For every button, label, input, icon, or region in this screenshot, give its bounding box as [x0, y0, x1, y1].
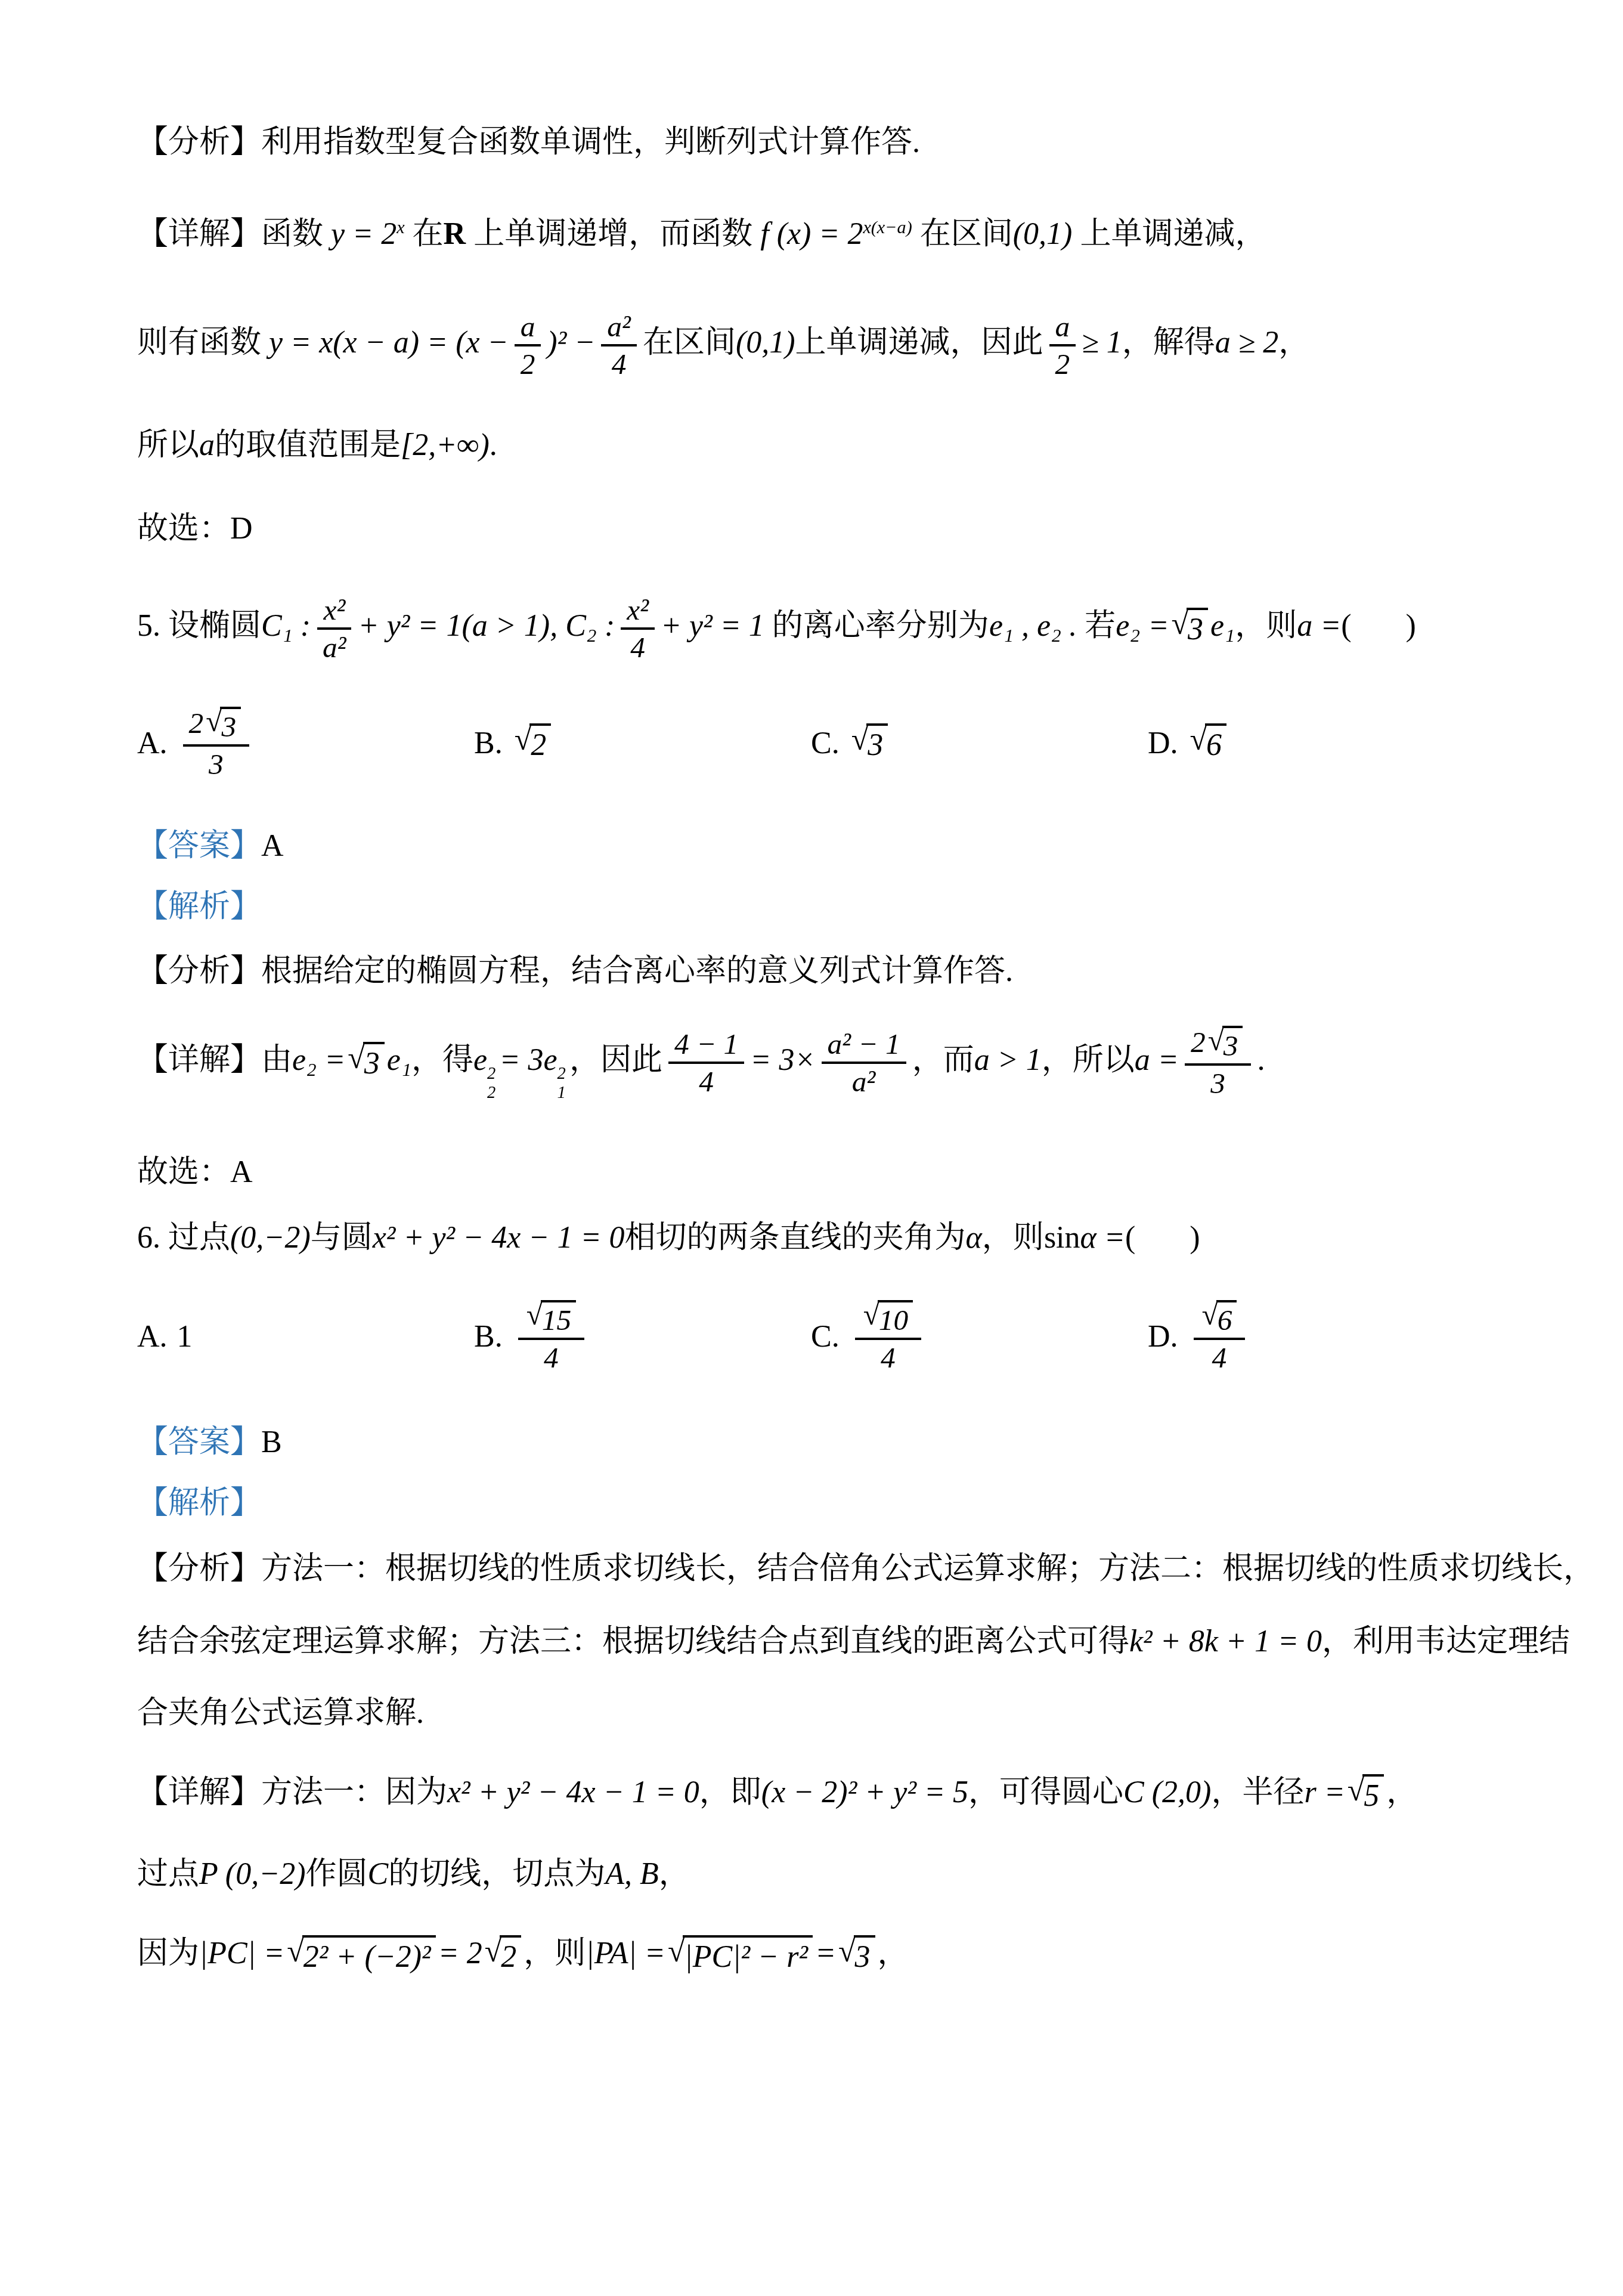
sqrt-sign: √ — [515, 722, 532, 759]
math-run: = 3e — [499, 1043, 557, 1077]
sqrt-radicand: 3 — [854, 1935, 875, 1976]
math-run: + y² = 1(a > 1), C₂ : — [358, 609, 615, 643]
math-run: e₂ = — [292, 1043, 345, 1077]
math-run: |PC| = — [199, 1936, 284, 1970]
denominator: 4 — [1206, 1340, 1233, 1374]
text-run: 在 — [405, 217, 444, 251]
math-run: (0,−2) — [230, 1221, 311, 1255]
detail-label: 【详解】 — [137, 1775, 261, 1809]
function-name: sin — [1044, 1221, 1080, 1255]
q4-range-line: 所以a的取值范围是[2,+∞). — [137, 427, 1509, 464]
text-run: ，得 — [411, 1043, 473, 1077]
q4-detail-line2: 则有函数 y = x(x − a) = (x −a2)² −a²4在区间(0,1… — [137, 310, 1509, 381]
sqrt: √3 — [838, 1935, 875, 1976]
text-run: ， — [659, 1857, 690, 1891]
denominator: 4 — [538, 1340, 565, 1374]
fraction: x²4 — [621, 593, 655, 664]
analysis-label: 【分析】 — [137, 1552, 261, 1586]
sub-sup-stack: 22 — [487, 1065, 495, 1104]
math-run: e₁ — [1210, 609, 1235, 643]
sqrt: √2 — [485, 1935, 522, 1976]
sqrt-radicand: 3 — [220, 707, 241, 743]
q6-analysis-line2: 结合余弦定理运算求解；方法三：根据切线结合点到直线的距离公式可得k² + 8k … — [137, 1623, 1509, 1660]
analysis-text: 方法一：根据切线的性质求切线长，结合倍角公式运算求解；方法二：根据切线的性质求切… — [261, 1552, 1594, 1586]
text-run: ，则 — [1235, 609, 1297, 643]
denominator: 4 — [606, 346, 633, 380]
text-run: ，则 — [524, 1936, 586, 1970]
sqrt: √3 — [1171, 608, 1208, 648]
sqrt: √3 — [1208, 1026, 1243, 1062]
math-run: = 3× — [750, 1043, 815, 1077]
text-run: 相切的两条直线的夹角为 — [625, 1221, 966, 1255]
text-run: ，因此 — [569, 1043, 662, 1077]
coefficient: 2 — [189, 707, 204, 739]
option-d: D.√6 — [1148, 723, 1485, 764]
sqrt: √3 — [206, 707, 241, 743]
text-run: 上单调递增，而函数 — [466, 217, 760, 251]
numerator: 2√3 — [1185, 1026, 1252, 1066]
sqrt: √2² + (−2)² — [287, 1935, 436, 1976]
question-number: 6. — [137, 1221, 160, 1255]
analysis-text: 结合余弦定理运算求解；方法三：根据切线结合点到直线的距离公式可得 — [137, 1624, 1129, 1658]
fraction: 4 − 14 — [668, 1028, 744, 1099]
sqrt-sign: √ — [1171, 606, 1188, 643]
math-run: y = 2 — [331, 217, 397, 251]
q5-pick-line: 故选：A — [137, 1154, 1509, 1191]
text-run: ，所以 — [1042, 1043, 1135, 1077]
option-c: C.√104 — [811, 1300, 1148, 1375]
text-run: 若 — [1077, 609, 1116, 643]
numerator: √10 — [855, 1300, 922, 1340]
math-run: = — [815, 1936, 836, 1970]
math-run: x² + y² − 4x − 1 = 0 — [373, 1221, 625, 1255]
pick-text: 故选：D — [137, 512, 253, 546]
fraction: √104 — [855, 1300, 922, 1375]
sqrt: √2 — [515, 723, 552, 764]
math-run: α — [966, 1221, 982, 1255]
q4-detail-line1: 【详解】函数 y = 2x 在R 上单调递增，而函数 f (x) = 2x(x−… — [137, 216, 1509, 253]
text-run: 的切线，切点为 — [388, 1857, 605, 1891]
math-run: C₁ : — [261, 609, 311, 643]
superscript: 2 — [487, 1065, 495, 1084]
text-run: ，则 — [982, 1221, 1044, 1255]
sqrt-sign: √ — [1208, 1024, 1224, 1057]
sqrt-sign: √ — [838, 1933, 856, 1970]
text-run: 函数 — [261, 217, 331, 251]
sqrt-radicand: 6 — [1205, 723, 1226, 764]
coefficient: 2 — [1191, 1026, 1206, 1059]
numerator: √15 — [518, 1300, 585, 1340]
option-c: C.√3 — [811, 723, 1148, 764]
text-run: ，半径 — [1211, 1775, 1304, 1809]
fraction: 2√33 — [1185, 1026, 1252, 1100]
option-a: A.1 — [137, 1319, 474, 1356]
math-run: a > 1 — [974, 1043, 1042, 1077]
analysis-text: ，利用韦达定理结 — [1322, 1624, 1570, 1658]
math-run: ≥ 1 — [1082, 326, 1122, 360]
numerator: x² — [621, 593, 655, 630]
math-run: )² − — [547, 326, 595, 360]
denominator: 3 — [1204, 1066, 1231, 1100]
numerator: a² − 1 — [822, 1028, 906, 1064]
math-run: C (2,0) — [1123, 1775, 1211, 1809]
text-run: . — [1257, 1043, 1265, 1077]
math-run: (x − 2)² + y² = 5 — [761, 1775, 968, 1809]
text-run: ， — [878, 1936, 909, 1970]
sqrt-sign: √ — [206, 705, 222, 738]
math-run: [2,+∞) — [401, 428, 490, 462]
q5-answer-line: 【答案】A — [137, 828, 1509, 865]
math-run: e₁ — [387, 1043, 411, 1077]
detail-label: 【详解】 — [137, 217, 261, 251]
sqrt-radicand: 2² + (−2)² — [302, 1935, 436, 1976]
text-run: 设椭圆 — [160, 609, 261, 643]
math-run: r = — [1304, 1775, 1345, 1809]
answer-label: 【答案】 — [137, 829, 261, 863]
text-run: ， — [1386, 1775, 1417, 1809]
option-d: D.√64 — [1148, 1300, 1485, 1375]
sqrt-sign: √ — [851, 722, 869, 759]
sqrt: √3 — [348, 1042, 385, 1082]
math-run: (0,1) — [736, 326, 795, 360]
sqrt-radicand: 5 — [1362, 1774, 1384, 1815]
fraction: a2 — [1049, 310, 1076, 381]
analysis-text: 利用指数型复合函数单调性，判断列式计算作答. — [261, 125, 920, 159]
option-letter: A. — [137, 1319, 168, 1356]
sqrt-sign: √ — [1190, 722, 1207, 759]
q6-answer-line: 【答案】B — [137, 1424, 1509, 1461]
answer-letter: B — [261, 1425, 282, 1459]
math-run: |PA| = — [586, 1936, 665, 1970]
text-run: ，而 — [912, 1043, 974, 1077]
sqrt-radicand: 2 — [500, 1935, 521, 1976]
sqrt-radicand: 10 — [878, 1300, 913, 1336]
sqrt: √3 — [851, 723, 888, 764]
option-a: A.2√33 — [137, 707, 474, 781]
sqrt-radicand: 3 — [866, 723, 888, 764]
sqrt: √6 — [1190, 723, 1227, 764]
q4-analysis-line: 【分析】利用指数型复合函数单调性，判断列式计算作答. — [137, 124, 1509, 161]
sqrt-radicand: |PC|² − r² — [683, 1935, 813, 1976]
sqrt-sign: √ — [348, 1040, 365, 1077]
q5-explain-line: 【解析】 — [137, 889, 1509, 926]
math-run: e₁ , e₂ . — [989, 609, 1077, 643]
math-run: a — [199, 428, 215, 462]
sqrt-radicand: 3 — [1187, 608, 1208, 648]
option-letter: D. — [1148, 1319, 1178, 1356]
text-run: . — [490, 428, 497, 462]
q6-analysis-line1: 【分析】方法一：根据切线的性质求切线长，结合倍角公式运算求解；方法二：根据切线的… — [137, 1551, 1509, 1588]
math-run: + y² = 1 — [661, 609, 764, 643]
document-page: { "page": {"background": "#ffffff", "acc… — [0, 0, 1623, 2296]
q6-stem: 6. 过点(0,−2)与圆x² + y² − 4x − 1 = 0相切的两条直线… — [137, 1220, 1509, 1257]
sqrt-sign: √ — [1202, 1298, 1218, 1331]
option-b: B.√2 — [474, 723, 811, 764]
superscript: x(x−a) — [863, 217, 912, 237]
answer-label: 【答案】 — [137, 1425, 261, 1459]
sqrt-radicand: 3 — [1222, 1026, 1243, 1062]
sqrt-radicand: 15 — [541, 1300, 576, 1336]
sqrt: √10 — [863, 1300, 913, 1336]
sqrt: √|PC|² − r² — [668, 1935, 813, 1976]
sqrt: √5 — [1348, 1774, 1384, 1815]
option-letter: D. — [1148, 725, 1178, 762]
explain-label: 【解析】 — [137, 1486, 261, 1520]
denominator: 2 — [1049, 346, 1076, 380]
sqrt-sign: √ — [1348, 1772, 1365, 1809]
text-run: 过点 — [160, 1221, 230, 1255]
detail-label: 【详解】 — [137, 1043, 261, 1077]
text-run: 所以 — [137, 428, 199, 462]
fraction: a2 — [515, 310, 541, 381]
math-run: (0,1) — [1013, 217, 1073, 251]
numerator: a — [1049, 310, 1076, 346]
answer-blank-parens: ( ) — [1125, 1221, 1200, 1255]
text-run: 作圆 — [306, 1857, 368, 1891]
subscript: 2 — [487, 1084, 495, 1103]
math-run: C — [368, 1857, 389, 1891]
numerator: √6 — [1194, 1300, 1246, 1340]
q5-detail-line: 【详解】由e₂ =√3e₁，得e22= 3e21，因此4 − 14= 3×a² … — [137, 1026, 1509, 1103]
denominator: 4 — [875, 1340, 902, 1374]
math-run: k² + 8k + 1 = 0 — [1129, 1624, 1322, 1658]
math-run: = 2 — [438, 1936, 482, 1970]
math-run: y = x(x − a) = (x − — [269, 326, 509, 360]
numerator: 2√3 — [183, 707, 250, 747]
numerator: a² — [601, 310, 637, 346]
denominator: 4 — [624, 630, 651, 664]
fraction: a² − 1a² — [822, 1028, 906, 1099]
numerator: 4 − 1 — [668, 1028, 744, 1064]
math-run: e — [473, 1043, 487, 1077]
option-b: B.√154 — [474, 1300, 811, 1375]
fraction: √154 — [518, 1300, 585, 1375]
text-run: 由 — [261, 1043, 292, 1077]
q6-detail-line3: 因为|PC| =√2² + (−2)²= 2√2，则|PA| =√|PC|² −… — [137, 1935, 1509, 1976]
pick-text: 故选：A — [137, 1155, 253, 1189]
denominator: 4 — [693, 1064, 720, 1098]
superscript: 2 — [557, 1065, 566, 1084]
text-run: 因为 — [137, 1936, 199, 1970]
option-letter: A. — [137, 725, 168, 762]
analysis-label: 【分析】 — [137, 954, 261, 988]
option-letter: B. — [474, 1319, 503, 1356]
sqrt: √6 — [1202, 1300, 1237, 1336]
math-run: P (0,−2) — [199, 1857, 306, 1891]
sqrt-sign: √ — [668, 1933, 685, 1970]
sqrt-sign: √ — [526, 1298, 543, 1331]
text-run: 在区间 — [643, 326, 736, 360]
sqrt-sign: √ — [485, 1933, 502, 1970]
sqrt-sign: √ — [287, 1933, 304, 1970]
text-run: 在区间 — [912, 217, 1013, 251]
text-run: 上单调递减，因此 — [795, 326, 1043, 360]
sqrt-radicand: 3 — [363, 1042, 385, 1082]
denominator: a² — [846, 1064, 882, 1098]
sub-sup-stack: 21 — [557, 1065, 566, 1104]
question-number: 5. — [137, 609, 160, 643]
sqrt-radicand: 2 — [529, 723, 551, 764]
superscript: x — [397, 217, 404, 237]
answer-blank-parens: ( ) — [1341, 609, 1416, 643]
analysis-text: 根据给定的椭圆方程，结合离心率的意义列式计算作答. — [261, 954, 1013, 988]
sqrt: √15 — [526, 1300, 577, 1336]
math-run: e₂ = — [1116, 609, 1169, 643]
math-run: a = — [1135, 1043, 1179, 1077]
math-run: a = — [1297, 609, 1341, 643]
q5-analysis-line: 【分析】根据给定的椭圆方程，结合离心率的意义列式计算作答. — [137, 953, 1509, 990]
sqrt-radicand: 6 — [1216, 1300, 1237, 1336]
numerator: x² — [317, 593, 351, 630]
text-run: 的离心率分别为 — [764, 609, 989, 643]
numerator: a — [515, 310, 541, 346]
analysis-label: 【分析】 — [137, 125, 261, 159]
text-run: ， — [1278, 326, 1309, 360]
fraction: x²a² — [317, 593, 352, 664]
denominator: 3 — [203, 747, 230, 781]
denominator: 2 — [515, 346, 541, 380]
denominator: a² — [317, 630, 352, 664]
option-letter: C. — [811, 725, 840, 762]
text-run: ，即 — [699, 1775, 761, 1809]
option-letter: B. — [474, 725, 503, 762]
option-letter: C. — [811, 1319, 840, 1356]
sqrt-sign: √ — [863, 1298, 879, 1331]
q5-options: A.2√33 B.√2 C.√3 D.√6 — [137, 707, 1509, 781]
analysis-text: 合夹角公式运算求解. — [137, 1696, 424, 1730]
answer-letter: A — [261, 829, 284, 863]
math-run: f (x) = 2 — [760, 217, 863, 251]
math-run: A, B — [605, 1857, 659, 1891]
text-run: 则有函数 — [137, 326, 269, 360]
text-run: ，可得圆心 — [968, 1775, 1123, 1809]
explain-label: 【解析】 — [137, 890, 261, 924]
math-run-bold-R: R — [444, 217, 466, 251]
math-run: x² + y² − 4x − 1 = 0 — [447, 1775, 699, 1809]
q6-explain-line: 【解析】 — [137, 1485, 1509, 1522]
q4-pick-line: 故选：D — [137, 510, 1509, 547]
text-run: 方法一：因为 — [261, 1775, 447, 1809]
math-run: a ≥ 2 — [1215, 326, 1279, 360]
q6-detail-line1: 【详解】方法一：因为x² + y² − 4x − 1 = 0，即(x − 2)²… — [137, 1774, 1509, 1815]
math-run: α = — [1080, 1221, 1125, 1255]
text-run: 过点 — [137, 1857, 199, 1891]
text-run: ，解得 — [1122, 326, 1215, 360]
q5-stem: 5. 设椭圆C₁ :x²a²+ y² = 1(a > 1), C₂ :x²4+ … — [137, 593, 1509, 664]
fraction: 2√33 — [183, 707, 250, 781]
option-value: 1 — [177, 1319, 193, 1356]
text-run: 与圆 — [311, 1221, 373, 1255]
fraction: a²4 — [601, 310, 637, 381]
q6-analysis-line3: 合夹角公式运算求解. — [137, 1695, 1509, 1732]
q6-options: A.1 B.√154 C.√104 D.√64 — [137, 1300, 1509, 1375]
q6-detail-line2: 过点P (0,−2)作圆C的切线，切点为A, B， — [137, 1856, 1509, 1893]
text-run: 的取值范围是 — [215, 428, 401, 462]
subscript: 1 — [557, 1084, 566, 1103]
text-run: 上单调递减， — [1072, 217, 1266, 251]
fraction: √64 — [1194, 1300, 1246, 1375]
